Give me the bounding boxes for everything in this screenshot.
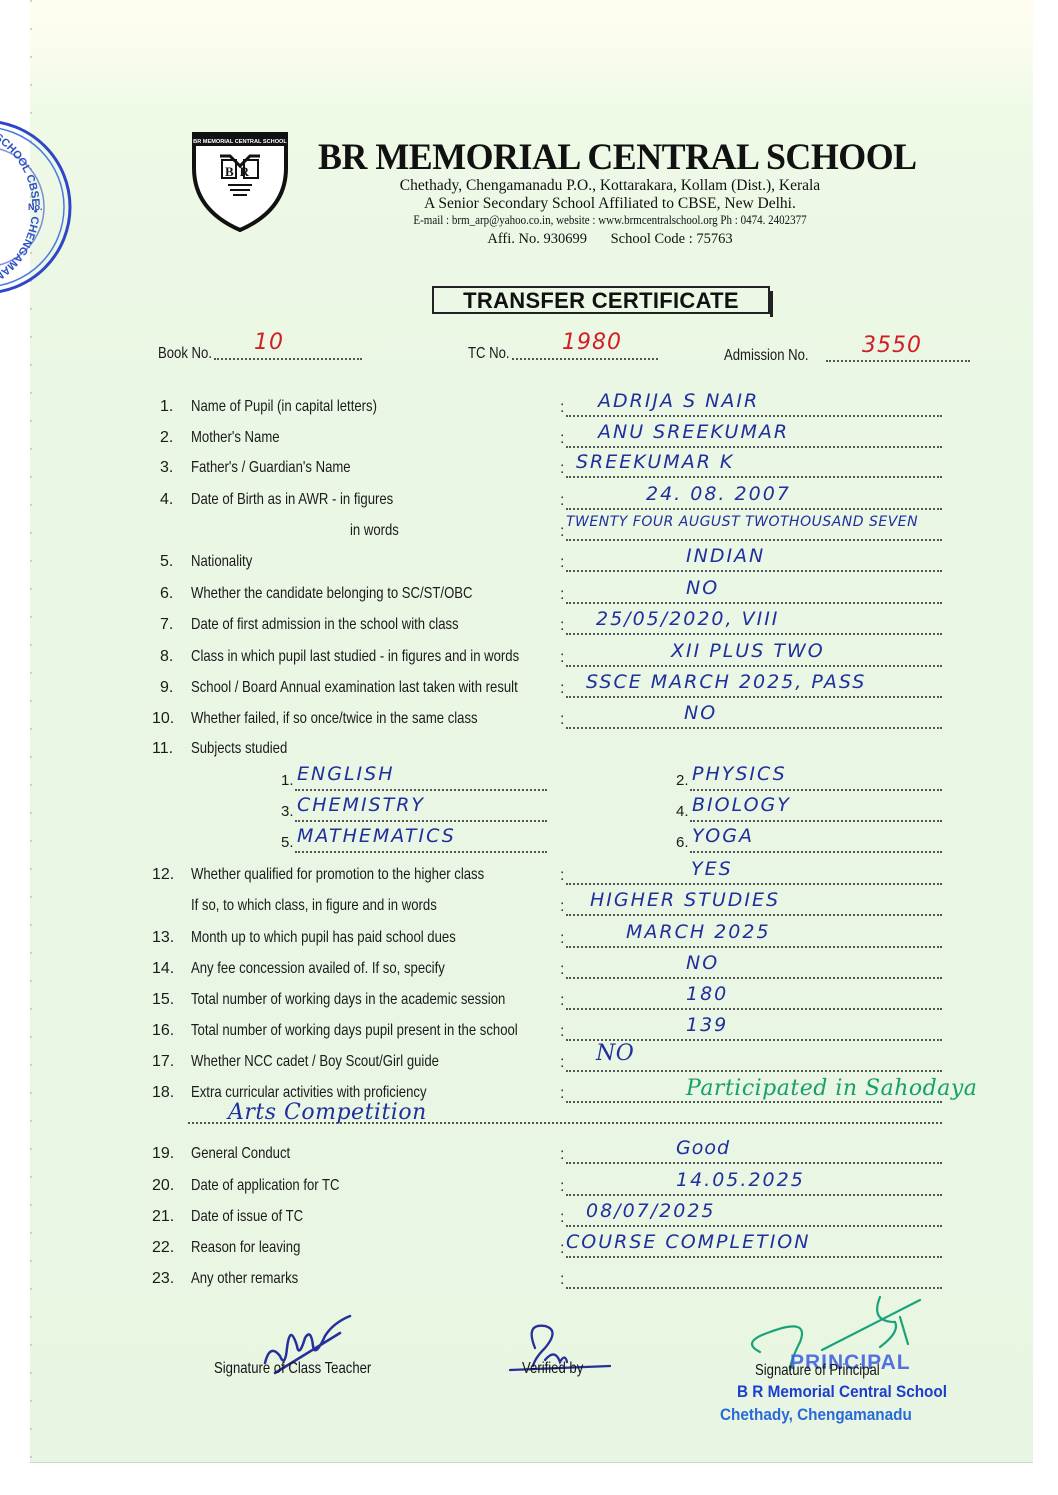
field-value: ANU SREEKUMAR (598, 421, 789, 443)
field-value: MARCH 2025 (626, 921, 771, 943)
class-teacher-signature-label: Signature of Class Teacher (214, 1360, 406, 1378)
tc-no-label: TC No. (468, 345, 519, 363)
field-label: General Conduct (191, 1145, 312, 1163)
field-label: If so, to which class, in figure and in … (191, 897, 491, 915)
field-dotted-line (566, 914, 942, 916)
field-label: Whether the candidate belonging to SC/ST… (191, 585, 534, 603)
field-number: 2. (160, 429, 173, 447)
field-dotted-line (566, 1225, 942, 1227)
field-dotted-line (566, 633, 942, 635)
field-label: Mother's Name (191, 429, 299, 447)
field-colon: : (560, 1085, 564, 1103)
field-colon: : (560, 992, 564, 1010)
school-codes: Affi. No. 930699 School Code : 75763 (330, 231, 890, 248)
field-number: 12. (152, 866, 174, 884)
field-colon: : (560, 867, 564, 885)
field-dotted-line (566, 1256, 942, 1258)
field-value: SREEKUMAR K (576, 451, 734, 473)
field-value: NO (686, 577, 719, 599)
field-label: School / Board Annual examination last t… (191, 679, 589, 697)
field-dotted-line (566, 446, 942, 448)
field-dotted-line (566, 539, 942, 541)
field-value: Participated in Sahodaya (686, 1076, 977, 1101)
field-label: Total number of working days in the acad… (191, 991, 574, 1009)
field-value: NO (596, 1041, 634, 1066)
subject-name: CHEMISTRY (297, 794, 425, 816)
field-dotted-line (566, 1162, 942, 1164)
field-value: YES (691, 858, 733, 880)
field-colon: : (560, 617, 564, 635)
field-dotted-line (566, 696, 942, 698)
school-affiliation: A Senior Secondary School Affiliated to … (330, 195, 890, 213)
field-dotted-line (566, 1008, 942, 1010)
field-dotted-line (566, 727, 942, 729)
field-colon: : (560, 961, 564, 979)
field-value: 25/05/2020, VIII (596, 608, 779, 630)
field-number: 18. (152, 1084, 174, 1102)
field-number: 23. (152, 1270, 174, 1288)
field-number: 14. (152, 960, 174, 978)
field-colon: : (560, 1146, 564, 1164)
affiliation-number: Affi. No. 930699 (487, 231, 587, 248)
field-number: 11. (152, 740, 173, 758)
field-number: 17. (152, 1053, 174, 1071)
field-colon: : (560, 1023, 564, 1041)
field-number: 19. (152, 1145, 174, 1163)
subject-name: YOGA (692, 825, 754, 847)
field-label: Any fee concession availed of. If so, sp… (191, 960, 501, 978)
field-dotted-line (566, 665, 942, 667)
field-colon: : (560, 430, 564, 448)
field-colon: : (560, 1240, 564, 1258)
field-value: ADRIJA S NAIR (598, 390, 759, 412)
field-dotted-line (566, 977, 942, 979)
field-dotted-line (566, 570, 942, 572)
verified-by-label: Verified by (522, 1360, 597, 1378)
field-colon: : (560, 1271, 564, 1289)
field-number: 15. (152, 991, 174, 1009)
field-dotted-line (566, 1194, 942, 1196)
tc-no-value: 1980 (562, 330, 622, 355)
field-colon: : (560, 1054, 564, 1072)
field-dotted-line (566, 1101, 942, 1103)
field-label: Name of Pupil (in capital letters) (191, 398, 418, 416)
field-value: 180 (686, 983, 728, 1005)
field-dotted-line (566, 415, 942, 417)
field-number: 7. (160, 616, 173, 634)
field-label: Class in which pupil last studied - in f… (191, 648, 591, 666)
field-value: SSCE MARCH 2025, PASS (586, 671, 866, 693)
document-title: TRANSFER CERTIFICATE (432, 286, 770, 314)
field-value: TWENTY FOUR AUGUST TWOTHOUSAND SEVEN (566, 514, 918, 530)
field-colon: : (560, 399, 564, 417)
field-number: 20. (152, 1177, 174, 1195)
field-number: 13. (152, 929, 174, 947)
field-label: Whether failed, if so once/twice in the … (191, 710, 541, 728)
admission-no-label: Admission No. (724, 347, 827, 365)
field-colon: : (560, 492, 564, 510)
field-colon: : (560, 586, 564, 604)
field-label: Father's / Guardian's Name (191, 459, 386, 477)
book-no-label: Book No. (158, 345, 224, 363)
field-value: Good (676, 1137, 730, 1159)
field-label: in words (350, 522, 410, 540)
field-dotted-line (566, 1287, 942, 1289)
field-dotted-line (566, 602, 942, 604)
field-value: NO (684, 702, 717, 724)
field-number: 5. (160, 553, 173, 571)
field-dotted-line (566, 1070, 942, 1072)
field-number: 9. (160, 679, 173, 697)
school-address: Chethady, Chengamanadu P.O., Kottarakara… (330, 177, 890, 195)
field-label: Date of application for TC (191, 1177, 372, 1195)
field-label: Whether qualified for promotion to the h… (191, 866, 549, 884)
field-value: 14.05.2025 (676, 1169, 805, 1191)
svg-text:No.: No. (28, 202, 43, 212)
field-colon: : (560, 523, 564, 541)
field-number: 4. (160, 491, 173, 509)
field-label: Date of issue of TC (191, 1208, 328, 1226)
subject-name: PHYSICS (692, 763, 787, 785)
field-dotted-line (566, 883, 942, 885)
field-number: 6. (160, 585, 173, 603)
field-colon: : (560, 898, 564, 916)
field-number: 8. (160, 648, 173, 666)
subject-name: MATHEMATICS (297, 825, 456, 847)
field-label: Whether NCC cadet / Boy Scout/Girl guide (191, 1053, 493, 1071)
admission-no-value: 3550 (862, 333, 922, 358)
field-number: 1. (160, 398, 173, 416)
field-label: Nationality (191, 553, 266, 571)
field-colon: : (560, 1209, 564, 1227)
subject-name: BIOLOGY (692, 794, 791, 816)
field-label: Date of Birth as in AWR - in figures (191, 491, 438, 509)
field-colon: : (560, 460, 564, 478)
field-dotted-line (566, 508, 942, 510)
field-value-continued: Arts Competition (228, 1100, 427, 1125)
field-number: 3. (160, 459, 173, 477)
field-value: NO (686, 952, 719, 974)
field-value: INDIAN (686, 545, 765, 567)
field-dotted-line (566, 946, 942, 948)
school-name: BR MEMORIAL CENTRAL SCHOOL (318, 136, 900, 179)
field-number: 10. (152, 710, 174, 728)
field-colon: : (560, 649, 564, 667)
school-stamp-icon: SCHOOL CBSE • CHENGAMANADU P.O. No. (0, 112, 108, 302)
school-code: School Code : 75763 (611, 231, 733, 248)
field-value: XII PLUS TWO (671, 640, 825, 662)
svg-text:BR MEMORIAL CENTRAL SCHOOL: BR MEMORIAL CENTRAL SCHOOL (193, 139, 287, 145)
field-number: 16. (152, 1022, 174, 1040)
field-colon: : (560, 680, 564, 698)
field-label: Subjects studied (191, 740, 308, 758)
field-value: HIGHER STUDIES (590, 889, 780, 911)
principal-signature-label: Signature of Principal (755, 1362, 907, 1380)
field-colon: : (560, 711, 564, 729)
principal-seal-place: Chethady, Chengamanadu (720, 1405, 933, 1425)
field-colon: : (560, 1178, 564, 1196)
field-value: 08/07/2025 (586, 1200, 716, 1222)
field-colon: : (560, 930, 564, 948)
field-dotted-line (566, 476, 942, 478)
book-no-value: 10 (254, 330, 284, 355)
field-number: 22. (152, 1239, 174, 1257)
field-label: Reason for leaving (191, 1239, 324, 1257)
school-contact: E-mail : brm_arp@yahoo.co.in, website : … (364, 213, 857, 228)
field-colon: : (560, 554, 564, 572)
field-label: Date of first admission in the school wi… (191, 616, 517, 634)
field-label: Month up to which pupil has paid school … (191, 929, 514, 947)
field-value: 139 (686, 1014, 728, 1036)
svg-text:BR: BR (225, 164, 255, 179)
subject-name: ENGLISH (297, 763, 394, 785)
field-value: COURSE COMPLETION (566, 1231, 810, 1253)
field-value: 24. 08. 2007 (646, 483, 791, 505)
field-number: 21. (152, 1208, 174, 1226)
field-label: Any other remarks (191, 1270, 322, 1288)
principal-seal-school: B R Memorial Central School (737, 1382, 970, 1402)
school-logo-icon: BR MEMORIAL CENTRAL SCHOOL BR (190, 130, 290, 232)
field-label: Total number of working days pupil prese… (191, 1022, 589, 1040)
